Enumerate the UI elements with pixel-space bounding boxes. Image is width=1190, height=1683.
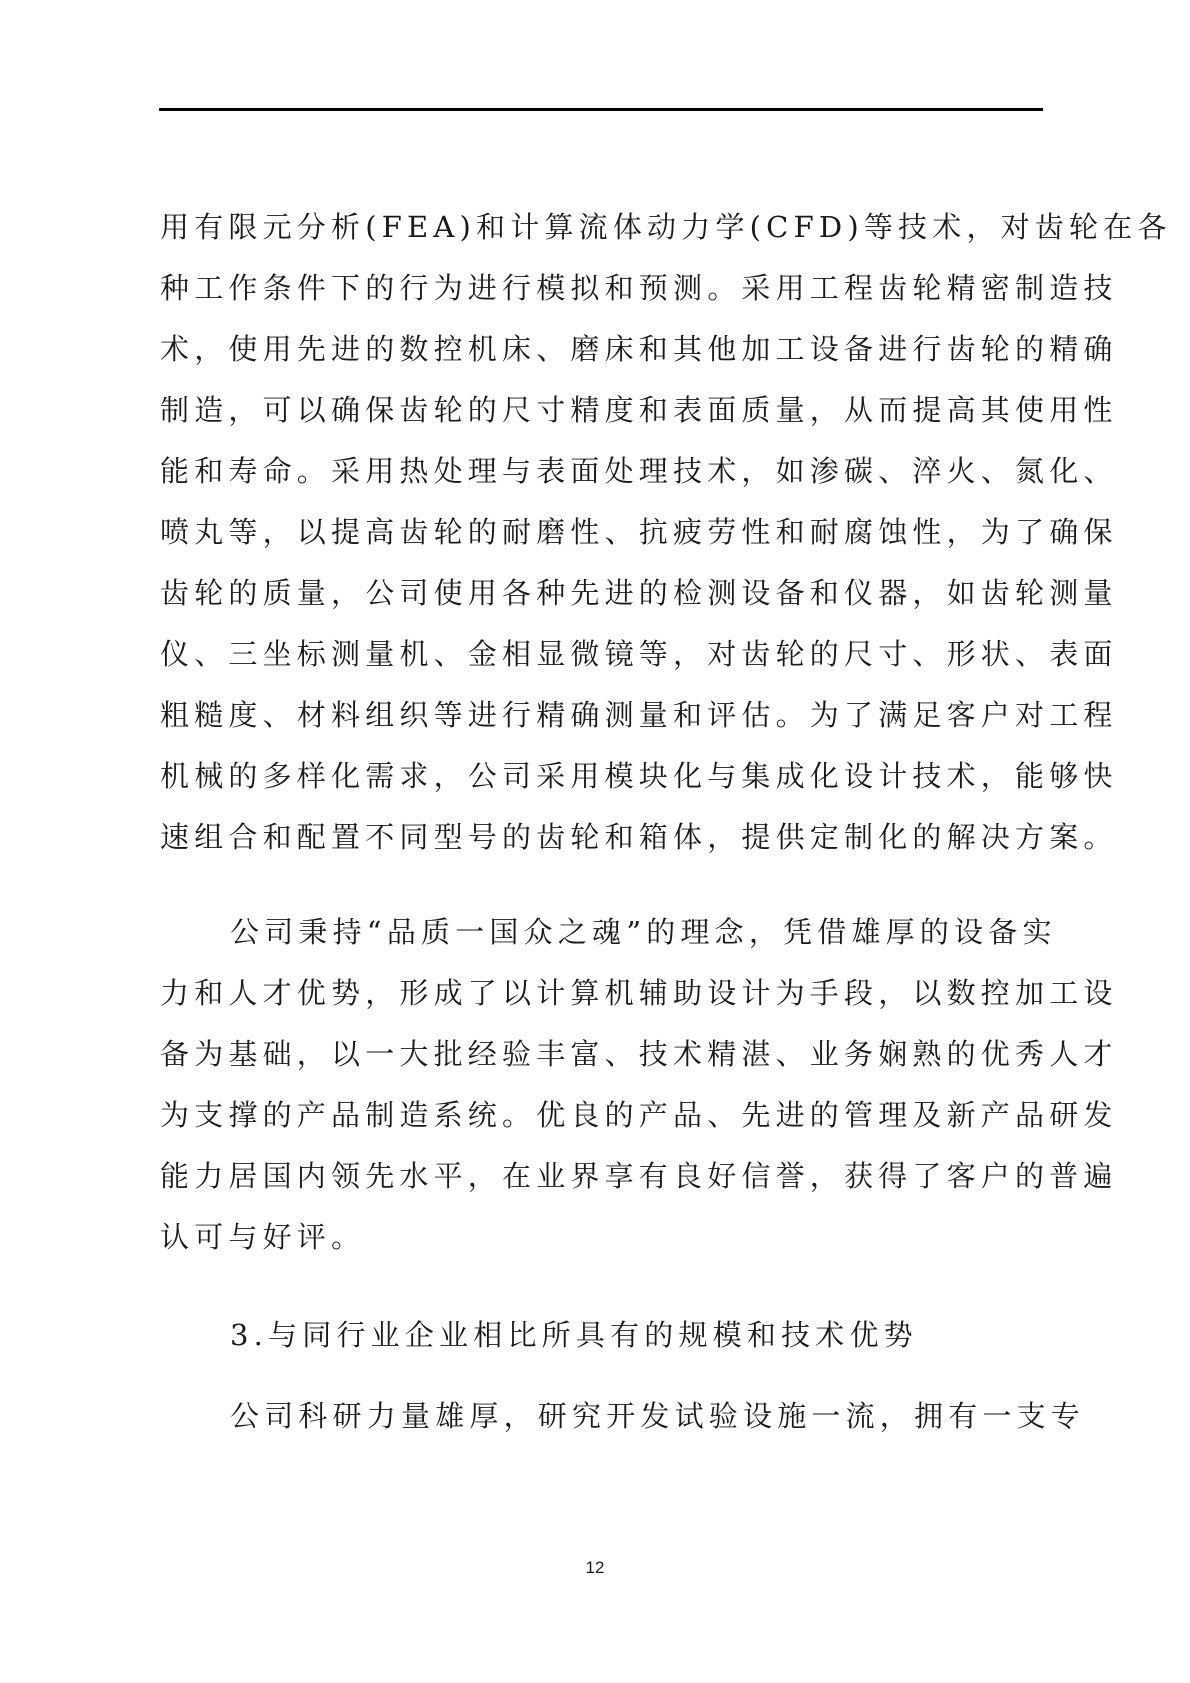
- document-page: 用有限元分析(FEA)和计算流体动力学(CFD)等技术，对齿轮在各 种工作条件下…: [0, 0, 1190, 1683]
- paragraph-quality-philosophy: 公司秉持“品质一国众之魂”的理念，凭借雄厚的设备实 力和人才优势，形成了以计算机…: [160, 902, 1044, 1268]
- header-rule: [159, 108, 1043, 111]
- paragraph-technology: 用有限元分析(FEA)和计算流体动力学(CFD)等技术，对齿轮在各 种工作条件下…: [160, 197, 1044, 868]
- page-number: 12: [0, 1558, 1190, 1578]
- text-line: 公司秉持“品质一国众之魂”的理念，凭借雄厚的设备实: [160, 902, 1044, 963]
- text-line: 术，使用先进的数控机床、磨床和其他加工设备进行齿轮的精确: [160, 319, 1044, 380]
- text-line: 能和寿命。采用热处理与表面处理技术，如渗碳、淬火、氮化、: [160, 441, 1044, 502]
- text-line: 喷丸等，以提高齿轮的耐磨性、抗疲劳性和耐腐蚀性，为了确保: [160, 502, 1044, 563]
- paragraph-research-strength: 公司科研力量雄厚，研究开发试验设施一流，拥有一支专: [160, 1386, 1044, 1447]
- text-line: 能力居国内领先水平，在业界享有良好信誉，获得了客户的普遍: [160, 1146, 1044, 1207]
- section-heading-text: 3.与同行业企业相比所具有的规模和技术优势: [160, 1305, 1044, 1366]
- text-line: 备为基础，以一大批经验丰富、技术精湛、业务娴熟的优秀人才: [160, 1024, 1044, 1085]
- text-line: 公司科研力量雄厚，研究开发试验设施一流，拥有一支专: [160, 1386, 1044, 1447]
- text-line: 力和人才优势，形成了以计算机辅助设计为手段，以数控加工设: [160, 963, 1044, 1024]
- text-line: 粗糙度、材料组织等进行精确测量和评估。为了满足客户对工程: [160, 685, 1044, 746]
- section-heading: 3.与同行业企业相比所具有的规模和技术优势: [160, 1305, 1044, 1366]
- text-line: 仪、三坐标测量机、金相显微镜等，对齿轮的尺寸、形状、表面: [160, 624, 1044, 685]
- text-line: 用有限元分析(FEA)和计算流体动力学(CFD)等技术，对齿轮在各: [160, 197, 1044, 258]
- text-line: 机械的多样化需求，公司采用模块化与集成化设计技术，能够快: [160, 746, 1044, 807]
- text-line: 齿轮的质量，公司使用各种先进的检测设备和仪器，如齿轮测量: [160, 563, 1044, 624]
- text-line: 种工作条件下的行为进行模拟和预测。采用工程齿轮精密制造技: [160, 258, 1044, 319]
- text-line: 为支撑的产品制造系统。优良的产品、先进的管理及新产品研发: [160, 1085, 1044, 1146]
- text-line: 制造，可以确保齿轮的尺寸精度和表面质量，从而提高其使用性: [160, 380, 1044, 441]
- text-line: 认可与好评。: [160, 1207, 1044, 1268]
- text-line: 速组合和配置不同型号的齿轮和箱体，提供定制化的解决方案。: [160, 807, 1044, 868]
